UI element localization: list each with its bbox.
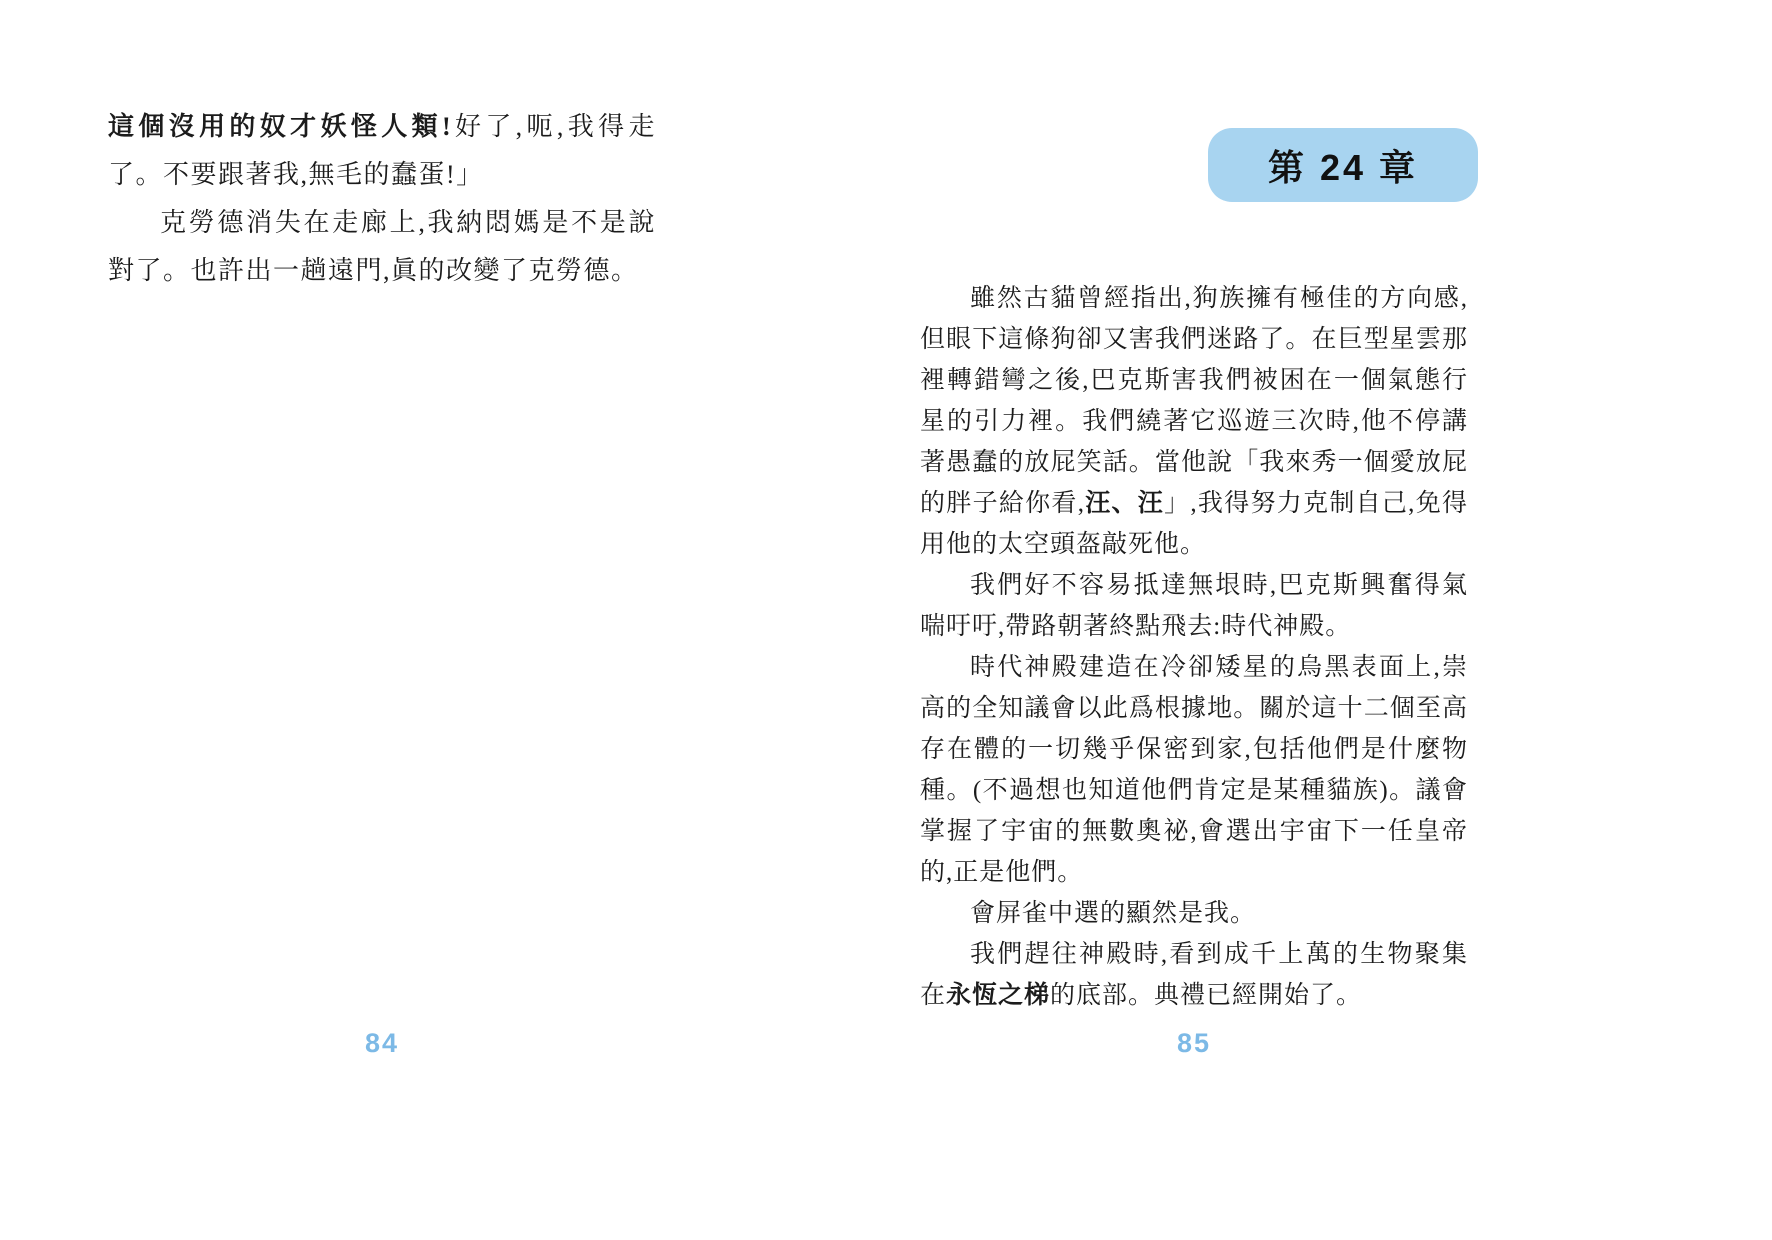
paragraph-text: 克勞德消失在走廊上,我納悶媽是不是說對了。也許出一趟遠門,眞的改變了克勞德。 <box>108 208 656 285</box>
paragraph-text: 時代神殿建造在冷卻矮星的烏黑表面上,崇高的全知議會以此爲根據地。關於這十二個至高… <box>920 654 1468 886</box>
paragraph-bold-lead: 這個沒用的奴才妖怪人類! <box>108 112 452 141</box>
paragraph: 我們好不容易抵達無垠時,巴克斯興奮得氣喘吁吁,帶路朝著終點飛去:時代神殿。 <box>920 565 1468 647</box>
paragraph-text: 我們好不容易抵達無垠時,巴克斯興奮得氣喘吁吁,帶路朝著終點飛去:時代神殿。 <box>920 572 1468 640</box>
paragraph-text: 雖然古貓曾經指出,狗族擁有極佳的方向感,但眼下這條狗卻又害我們迷路了。在巨型星雲… <box>920 285 1468 517</box>
page-number: 85 <box>1134 1028 1254 1059</box>
book-spread: 這個沒用的奴才妖怪人類!好了,呃,我得走了。不要跟著我,無毛的蠢蛋!」 克勞德消… <box>0 0 1772 1240</box>
paragraph: 雖然古貓曾經指出,狗族擁有極佳的方向感,但眼下這條狗卻又害我們迷路了。在巨型星雲… <box>920 278 1468 565</box>
left-page: 這個沒用的奴才妖怪人類!好了,呃,我得走了。不要跟著我,無毛的蠢蛋!」 克勞德消… <box>0 0 886 1240</box>
left-page-body: 這個沒用的奴才妖怪人類!好了,呃,我得走了。不要跟著我,無毛的蠢蛋!」 克勞德消… <box>108 103 656 295</box>
paragraph-bold-text: 永恆之梯 <box>946 982 1050 1009</box>
paragraph-text: 的底部。典禮已經開始了。 <box>1050 982 1362 1009</box>
right-page-body: 雖然古貓曾經指出,狗族擁有極佳的方向感,但眼下這條狗卻又害我們迷路了。在巨型星雲… <box>920 278 1468 1016</box>
paragraph: 這個沒用的奴才妖怪人類!好了,呃,我得走了。不要跟著我,無毛的蠢蛋!」 <box>108 103 656 199</box>
paragraph: 克勞德消失在走廊上,我納悶媽是不是說對了。也許出一趟遠門,眞的改變了克勞德。 <box>108 199 656 295</box>
paragraph: 會屏雀中選的顯然是我。 <box>920 893 1468 934</box>
paragraph: 我們趕往神殿時,看到成千上萬的生物聚集在永恆之梯的底部。典禮已經開始了。 <box>920 934 1468 1016</box>
right-page: 第 24 章 雖然古貓曾經指出,狗族擁有極佳的方向感,但眼下這條狗卻又害我們迷路… <box>886 0 1772 1240</box>
chapter-title: 第 24 章 <box>1268 140 1418 191</box>
paragraph-bold-text: 汪、汪 <box>1085 490 1164 517</box>
paragraph-text: 會屏雀中選的顯然是我。 <box>970 900 1256 927</box>
paragraph: 時代神殿建造在冷卻矮星的烏黑表面上,崇高的全知議會以此爲根據地。關於這十二個至高… <box>920 647 1468 893</box>
chapter-heading: 第 24 章 <box>1208 128 1478 202</box>
page-number: 84 <box>322 1028 442 1059</box>
